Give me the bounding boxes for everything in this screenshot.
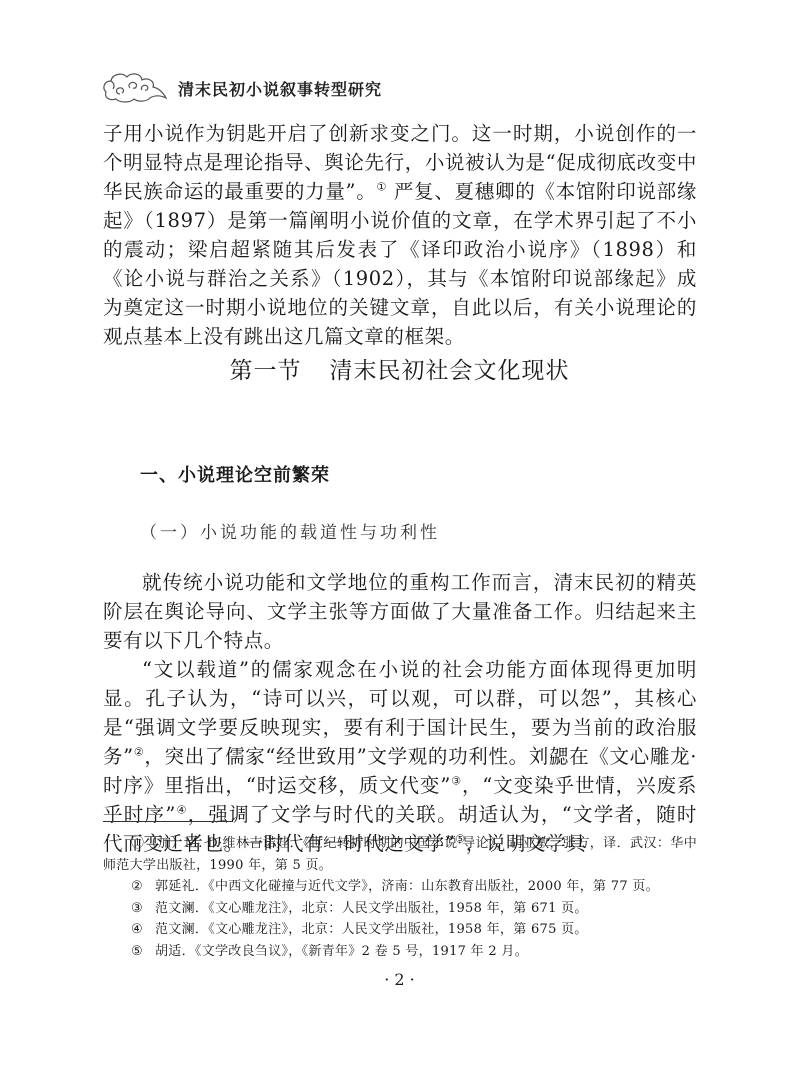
footnote-3: ③范文澜．《文心雕龙注》，北京：人民文学出版社，1958 年，第 671 页。 — [103, 898, 697, 920]
footnote-number: ③ — [131, 898, 155, 920]
running-header: 清末民初小说叙事转型研究 — [100, 68, 382, 108]
footnotes: ①（加）M. D·维林吉诺娃．《世纪转折时期的中国小说·导论》，胡亚敏，张方，译… — [103, 833, 697, 962]
footnote-ref-1[interactable]: ① — [376, 181, 387, 194]
footnote-1: ①（加）M. D·维林吉诺娃．《世纪转折时期的中国小说·导论》，胡亚敏，张方，译… — [103, 833, 697, 876]
paragraph-1: 就传统小说功能和文学地位的重构工作而言，清末民初的精英阶层在舆论导向、文学主张等… — [103, 568, 697, 655]
footnote-2: ②郭延礼．《中西文化碰撞与近代文学》，济南：山东教育出版社，2000 年，第 7… — [103, 876, 697, 898]
footnote-ref-4[interactable]: ④ — [176, 804, 188, 817]
footnote-divider — [103, 821, 233, 822]
page-number: · 2 · — [0, 970, 799, 989]
footnote-number: ④ — [131, 919, 155, 941]
footnote-text: （加）M. D·维林吉诺娃．《世纪转折时期的中国小说·导论》，胡亚敏，张方，译．… — [103, 836, 697, 873]
subsubsection-heading: （一）小说功能的载道性与功利性 — [140, 518, 440, 543]
footnote-number: ⑤ — [131, 941, 155, 963]
cloud-ornament-icon — [100, 68, 168, 108]
footnote-text: 范文澜．《文心雕龙注》，北京：人民文学出版社，1958 年，第 675 页。 — [155, 922, 588, 937]
footnote-text: 郭延礼．《中西文化碰撞与近代文学》，济南：山东教育出版社，2000 年，第 77… — [155, 879, 659, 894]
section-title: 清末民初社会文化现状 — [330, 358, 570, 384]
footnote-4: ④范文澜．《文心雕龙注》，北京：人民文学出版社，1958 年，第 675 页。 — [103, 919, 697, 941]
footnote-ref-2[interactable]: ② — [134, 746, 145, 759]
footnote-5: ⑤胡适．《文学改良刍议》，《新青年》2 卷 5 号，1917 年 2 月。 — [103, 941, 697, 963]
intro-text-2: 严复、夏穗卿的《本馆附印说部缘起》（1897）是第一篇阐明小说价值的文章，在学术… — [103, 180, 697, 348]
paragraph-2: “文以载道”的儒家观念在小说的社会功能方面体现得更加明显。孔子认为，“诗可以兴，… — [103, 655, 697, 858]
section-heading: 第一节清末民初社会文化现状 — [0, 352, 799, 385]
intro-paragraph: 子用小说作为钥匙开启了创新求变之门。这一时期，小说创作的一个明显特点是理论指导、… — [103, 119, 697, 351]
running-title: 清末民初小说叙事转型研究 — [178, 77, 382, 100]
footnote-text: 胡适．《文学改良刍议》，《新青年》2 卷 5 号，1917 年 2 月。 — [155, 944, 528, 959]
subsection-heading: 一、小说理论空前繁荣 — [140, 461, 330, 487]
footnote-ref-3[interactable]: ③ — [451, 775, 462, 788]
main-paragraphs: 就传统小说功能和文学地位的重构工作而言，清末民初的精英阶层在舆论导向、文学主张等… — [103, 568, 697, 858]
section-number: 第一节 — [230, 358, 302, 384]
footnote-number: ① — [131, 836, 144, 851]
footnote-number: ② — [131, 876, 155, 898]
footnote-text: 范文澜．《文心雕龙注》，北京：人民文学出版社，1958 年，第 671 页。 — [155, 901, 588, 916]
